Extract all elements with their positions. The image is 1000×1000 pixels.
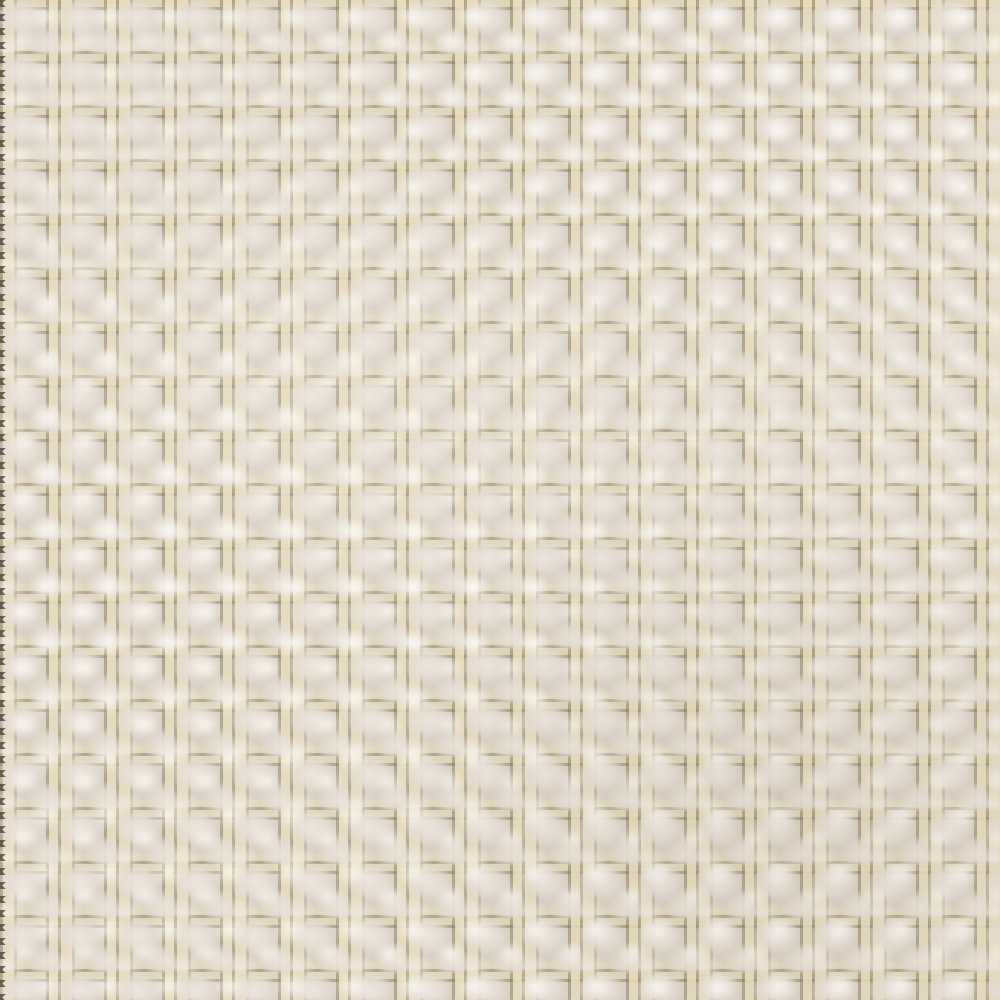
pinked-edge: [0, 0, 10, 1000]
lighting-shade: [0, 0, 1000, 1000]
fabric-swatch: [0, 0, 1000, 1000]
